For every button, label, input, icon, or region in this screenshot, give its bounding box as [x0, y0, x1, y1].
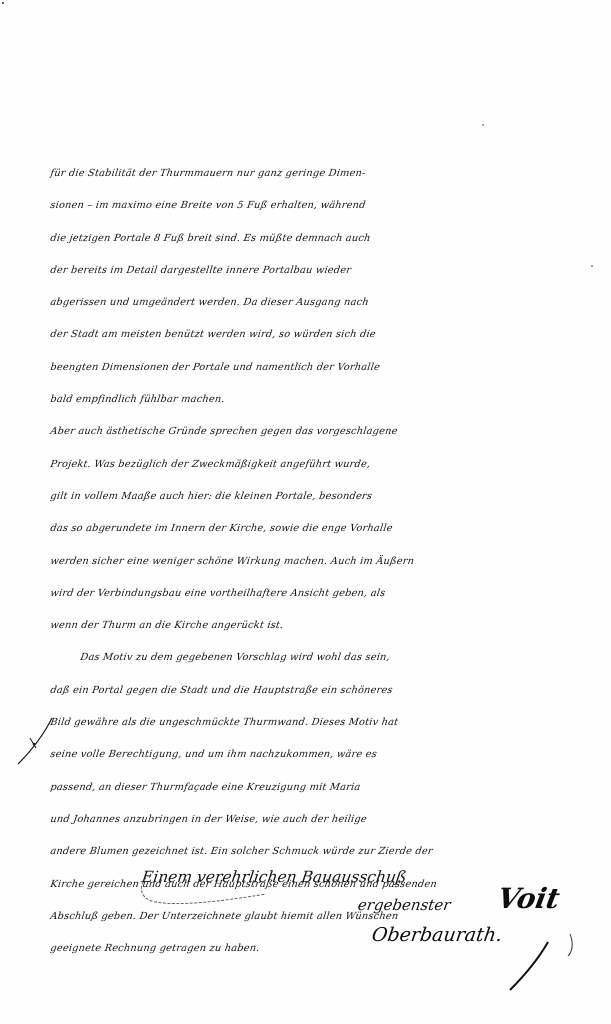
paper-speck — [591, 265, 593, 267]
text-line: abgerissen und umgeändert werden. Da die… — [48, 287, 611, 319]
text-line: Projekt. Was bezüglich der Zweckmäßigkei… — [48, 449, 611, 481]
text-line: seine volle Berechtigung, und um ihm nac… — [48, 739, 611, 771]
text-line: andere Blumen gezeichnet ist. Ein solche… — [48, 836, 611, 868]
letter-body: für die Stabilität der Thurmmauern nur g… — [48, 158, 608, 965]
margin-mark-icon — [14, 716, 58, 766]
text-line: beengten Dimensionen der Portale und nam… — [48, 352, 611, 384]
signature-flourish-icon — [480, 922, 590, 992]
text-line: und Johannes anzubringen in der Weise, w… — [48, 804, 611, 836]
paper-speck — [482, 124, 484, 126]
text-line: wird der Verbindungsbau eine vortheilhaf… — [48, 578, 611, 610]
text-line: Bild gewähre als die ungeschmückte Thurm… — [48, 707, 611, 739]
document-page: für die Stabilität der Thurmmauern nur g… — [0, 0, 611, 1024]
flourish-icon — [138, 876, 268, 910]
text-line: Aber auch ästhetische Gründe sprechen ge… — [48, 416, 611, 448]
text-line: für die Stabilität der Thurmmauern nur g… — [48, 158, 611, 190]
text-line: gilt in vollem Maaße auch hier: die klei… — [48, 481, 611, 513]
text-line: der Stadt am meisten benützt werden wird… — [48, 319, 611, 351]
text-line: die jetzigen Portale 8 Fuß breit sind. E… — [48, 223, 611, 255]
signature-name: Voit — [495, 882, 562, 915]
signature-prefix: ergebenster — [357, 896, 452, 914]
text-line: wenn der Thurm an die Kirche angerückt i… — [48, 610, 611, 642]
text-line: Das Motiv zu dem gegebenen Vorschlag wir… — [48, 642, 611, 674]
paper-speck — [2, 2, 4, 4]
text-line: bald empfindlich fühlbar machen. — [48, 384, 611, 416]
text-line: daß ein Portal gegen die Stadt und die H… — [48, 675, 611, 707]
text-line: der bereits im Detail dargestellte inner… — [48, 255, 611, 287]
text-line: passend, an dieser Thurmfaçade eine Kreu… — [48, 772, 611, 804]
text-line: werden sicher eine weniger schöne Wirkun… — [48, 546, 611, 578]
text-line: das so abgerundete im Innern der Kirche,… — [48, 513, 611, 545]
text-line: sionen – im maximo eine Breite von 5 Fuß… — [48, 190, 611, 222]
signature-block: ergebenster Voit Oberbaurath. — [350, 892, 590, 972]
